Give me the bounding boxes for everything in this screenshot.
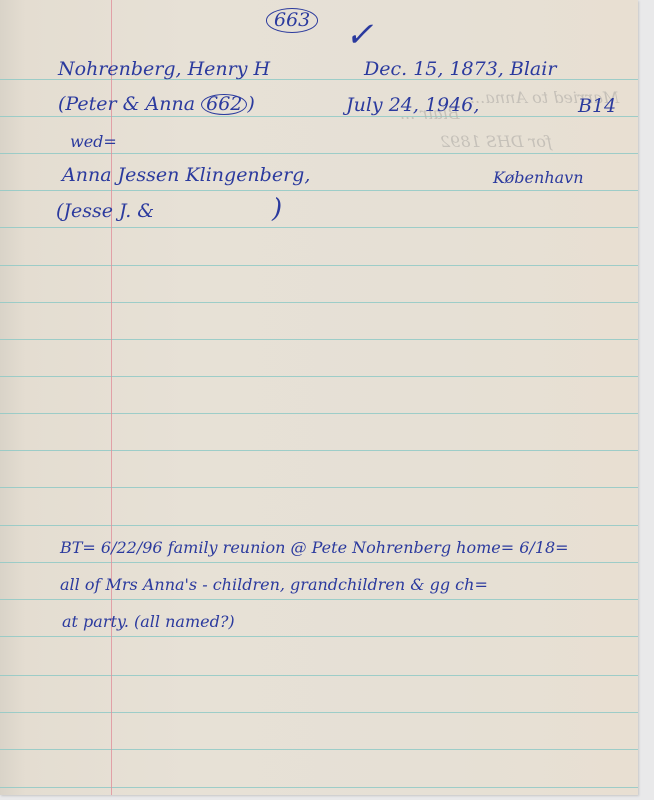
ruled-line [0,116,638,117]
notebook-page: Married to Anna... Blair ... for DHS 189… [0,0,638,795]
ruled-line [0,599,638,600]
record-number: 663 [266,8,318,33]
person-name: Nohrenberg, Henry H [58,60,270,79]
bleed-through-text: for DHS 1892 [440,132,552,151]
burial-ref: B14 [578,97,616,116]
ruled-line [0,787,638,788]
ruled-line [0,339,638,340]
checkmark-icon: ✓ [345,18,374,52]
parents-record-ref: 662 [201,94,247,115]
ruled-line [0,525,638,526]
ruled-line [0,153,638,154]
spouse-name: Anna Jessen Klingenberg, [62,166,310,185]
spouse-birthplace: København [493,170,584,186]
note-line-2: all of Mrs Anna's - children, grandchild… [60,577,488,593]
death-info: July 24, 1946, [346,96,479,115]
ruled-line [0,749,638,750]
ruled-line [0,302,638,303]
birth-info: Dec. 15, 1873, Blair [364,60,556,79]
ruled-line [0,450,638,451]
parents: (Peter & Anna 662) [58,94,255,115]
spouse-parents-open: (Jesse J. & [56,202,154,221]
margin-line [111,0,112,795]
note-line-1: BT= 6/22/96 family reunion @ Pete Nohren… [60,540,569,556]
ruled-line [0,675,638,676]
ruled-line [0,562,638,563]
married-label: wed= [70,134,117,150]
ruled-line [0,413,638,414]
ruled-line [0,487,638,488]
ruled-line [0,636,638,637]
ruled-line [0,190,638,191]
ruled-line [0,265,638,266]
ruled-line [0,376,638,377]
ruled-line [0,227,638,228]
spouse-parents-close: ) [272,196,282,222]
ruled-line [0,712,638,713]
note-line-3: at party. (all named?) [62,614,235,630]
